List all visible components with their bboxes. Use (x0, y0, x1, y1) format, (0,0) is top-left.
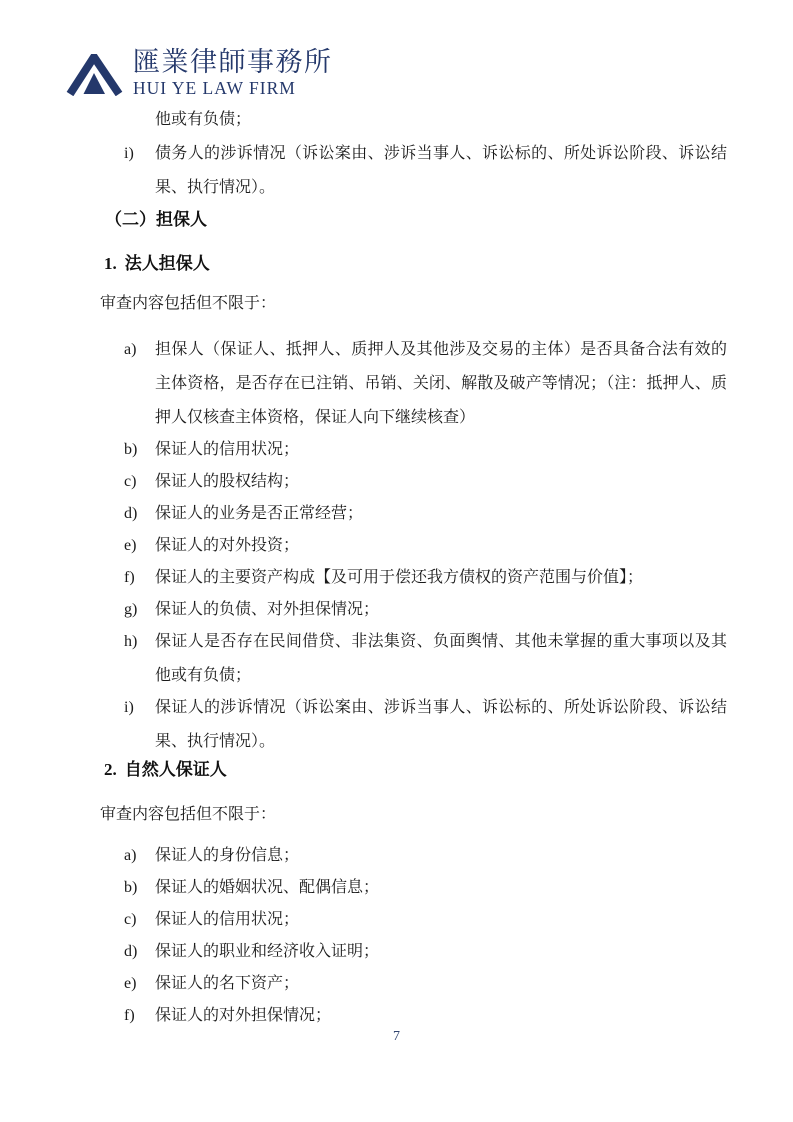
list-item-text: 保证人的职业和经济收入证明； (155, 935, 727, 969)
list-item-text: 保证人的涉诉情况（诉讼案由、涉诉当事人、诉讼标的、所处诉讼阶段、诉讼结果、执行情… (155, 691, 727, 759)
logo-english-name: HUI YE LAW FIRM (133, 78, 333, 98)
list-item-text: 保证人的信用状况； (155, 433, 727, 467)
list-item: c) 保证人的信用状况； (100, 903, 727, 937)
subsection-1-title: 法人担保人 (125, 254, 210, 273)
list-item: d) 保证人的职业和经济收入证明； (100, 935, 727, 969)
list-item-text: 保证人的信用状况； (155, 903, 727, 937)
list-item-label: a) (124, 839, 155, 873)
list-item-label: d) (124, 935, 155, 969)
list-item: b) 保证人的婚姻状况、配偶信息； (100, 871, 727, 905)
list-item-text: 保证人的业务是否正常经营； (155, 497, 727, 531)
carryover-continuation-line: 他或有负债； (155, 103, 727, 137)
list-item-text: 保证人的负债、对外担保情况； (155, 593, 727, 627)
list-item-label: b) (124, 871, 155, 905)
list-item-label: e) (124, 529, 155, 563)
subsection-2-list: a) 保证人的身份信息； b) 保证人的婚姻状况、配偶信息； c) 保证人的信用… (100, 839, 727, 1033)
list-item-text: 保证人是否存在民间借贷、非法集资、负面舆情、其他未掌握的重大事项以及其他或有负债… (155, 625, 727, 693)
page-number: 7 (0, 1028, 793, 1046)
list-item-debtor-litigation: i) 债务人的涉诉情况（诉讼案由、涉诉当事人、诉讼标的、所处诉讼阶段、诉讼结果、… (100, 137, 727, 205)
list-item-label: d) (124, 497, 155, 531)
list-item-text: 保证人的主要资产构成【及可用于偿还我方债权的资产范围与价值】； (155, 561, 727, 595)
subsection-2-number: 2. (104, 760, 117, 779)
list-item: a) 保证人的身份信息； (100, 839, 727, 873)
subsection-1-intro: 审查内容包括但不限于： (100, 287, 727, 321)
list-item: d) 保证人的业务是否正常经营； (100, 497, 727, 531)
list-item: h) 保证人是否存在民间借贷、非法集资、负面舆情、其他未掌握的重大事项以及其他或… (100, 625, 727, 693)
logo-text: 匯業律師事務所 HUI YE LAW FIRM (133, 46, 333, 98)
list-item-text: 保证人的身份信息； (155, 839, 727, 873)
subsection-2-title: 自然人保证人 (125, 760, 227, 779)
subsection-1-heading: 1.法人担保人 (104, 247, 727, 281)
list-item: e) 保证人的名下资产； (100, 967, 727, 1001)
section-heading: （二）担保人 (105, 203, 727, 237)
list-item: c) 保证人的股权结构； (100, 465, 727, 499)
mountain-triangle-logo-icon (66, 54, 123, 96)
list-item-label: h) (124, 625, 155, 693)
list-item: i) 保证人的涉诉情况（诉讼案由、涉诉当事人、诉讼标的、所处诉讼阶段、诉讼结果、… (100, 691, 727, 759)
list-item-text: 保证人的股权结构； (155, 465, 727, 499)
list-item-label: g) (124, 593, 155, 627)
law-firm-logo: 匯業律師事務所 HUI YE LAW FIRM (66, 46, 333, 98)
list-item-label: c) (124, 903, 155, 937)
list-item-label: c) (124, 465, 155, 499)
list-item: b) 保证人的信用状况； (100, 433, 727, 467)
list-item-text: 债务人的涉诉情况（诉讼案由、涉诉当事人、诉讼标的、所处诉讼阶段、诉讼结果、执行情… (155, 137, 727, 205)
list-item-label: f) (124, 561, 155, 595)
list-item-text: 担保人（保证人、抵押人、质押人及其他涉及交易的主体）是否具备合法有效的主体资格，… (155, 333, 727, 435)
list-item: g) 保证人的负债、对外担保情况； (100, 593, 727, 627)
list-item-text: 保证人的婚姻状况、配偶信息； (155, 871, 727, 905)
subsection-1-list: a) 担保人（保证人、抵押人、质押人及其他涉及交易的主体）是否具备合法有效的主体… (100, 333, 727, 759)
list-item: f) 保证人的主要资产构成【及可用于偿还我方债权的资产范围与价值】； (100, 561, 727, 595)
logo-chinese-name: 匯業律師事務所 (133, 46, 333, 78)
list-item-label: e) (124, 967, 155, 1001)
list-item-text: 保证人的名下资产； (155, 967, 727, 1001)
list-item: a) 担保人（保证人、抵押人、质押人及其他涉及交易的主体）是否具备合法有效的主体… (100, 333, 727, 435)
list-item-label: i) (124, 137, 155, 205)
list-item-text: 保证人的对外投资； (155, 529, 727, 563)
document-body: 他或有负债； i) 债务人的涉诉情况（诉讼案由、涉诉当事人、诉讼标的、所处诉讼阶… (100, 103, 727, 1031)
list-item: e) 保证人的对外投资； (100, 529, 727, 563)
list-item-label: a) (124, 333, 155, 435)
subsection-1-number: 1. (104, 254, 117, 273)
list-item-label: b) (124, 433, 155, 467)
subsection-2-intro: 审查内容包括但不限于： (100, 798, 727, 832)
list-item-label: i) (124, 691, 155, 759)
document-page: 匯業律師事務所 HUI YE LAW FIRM 他或有负债； i) 债务人的涉诉… (0, 0, 793, 1122)
